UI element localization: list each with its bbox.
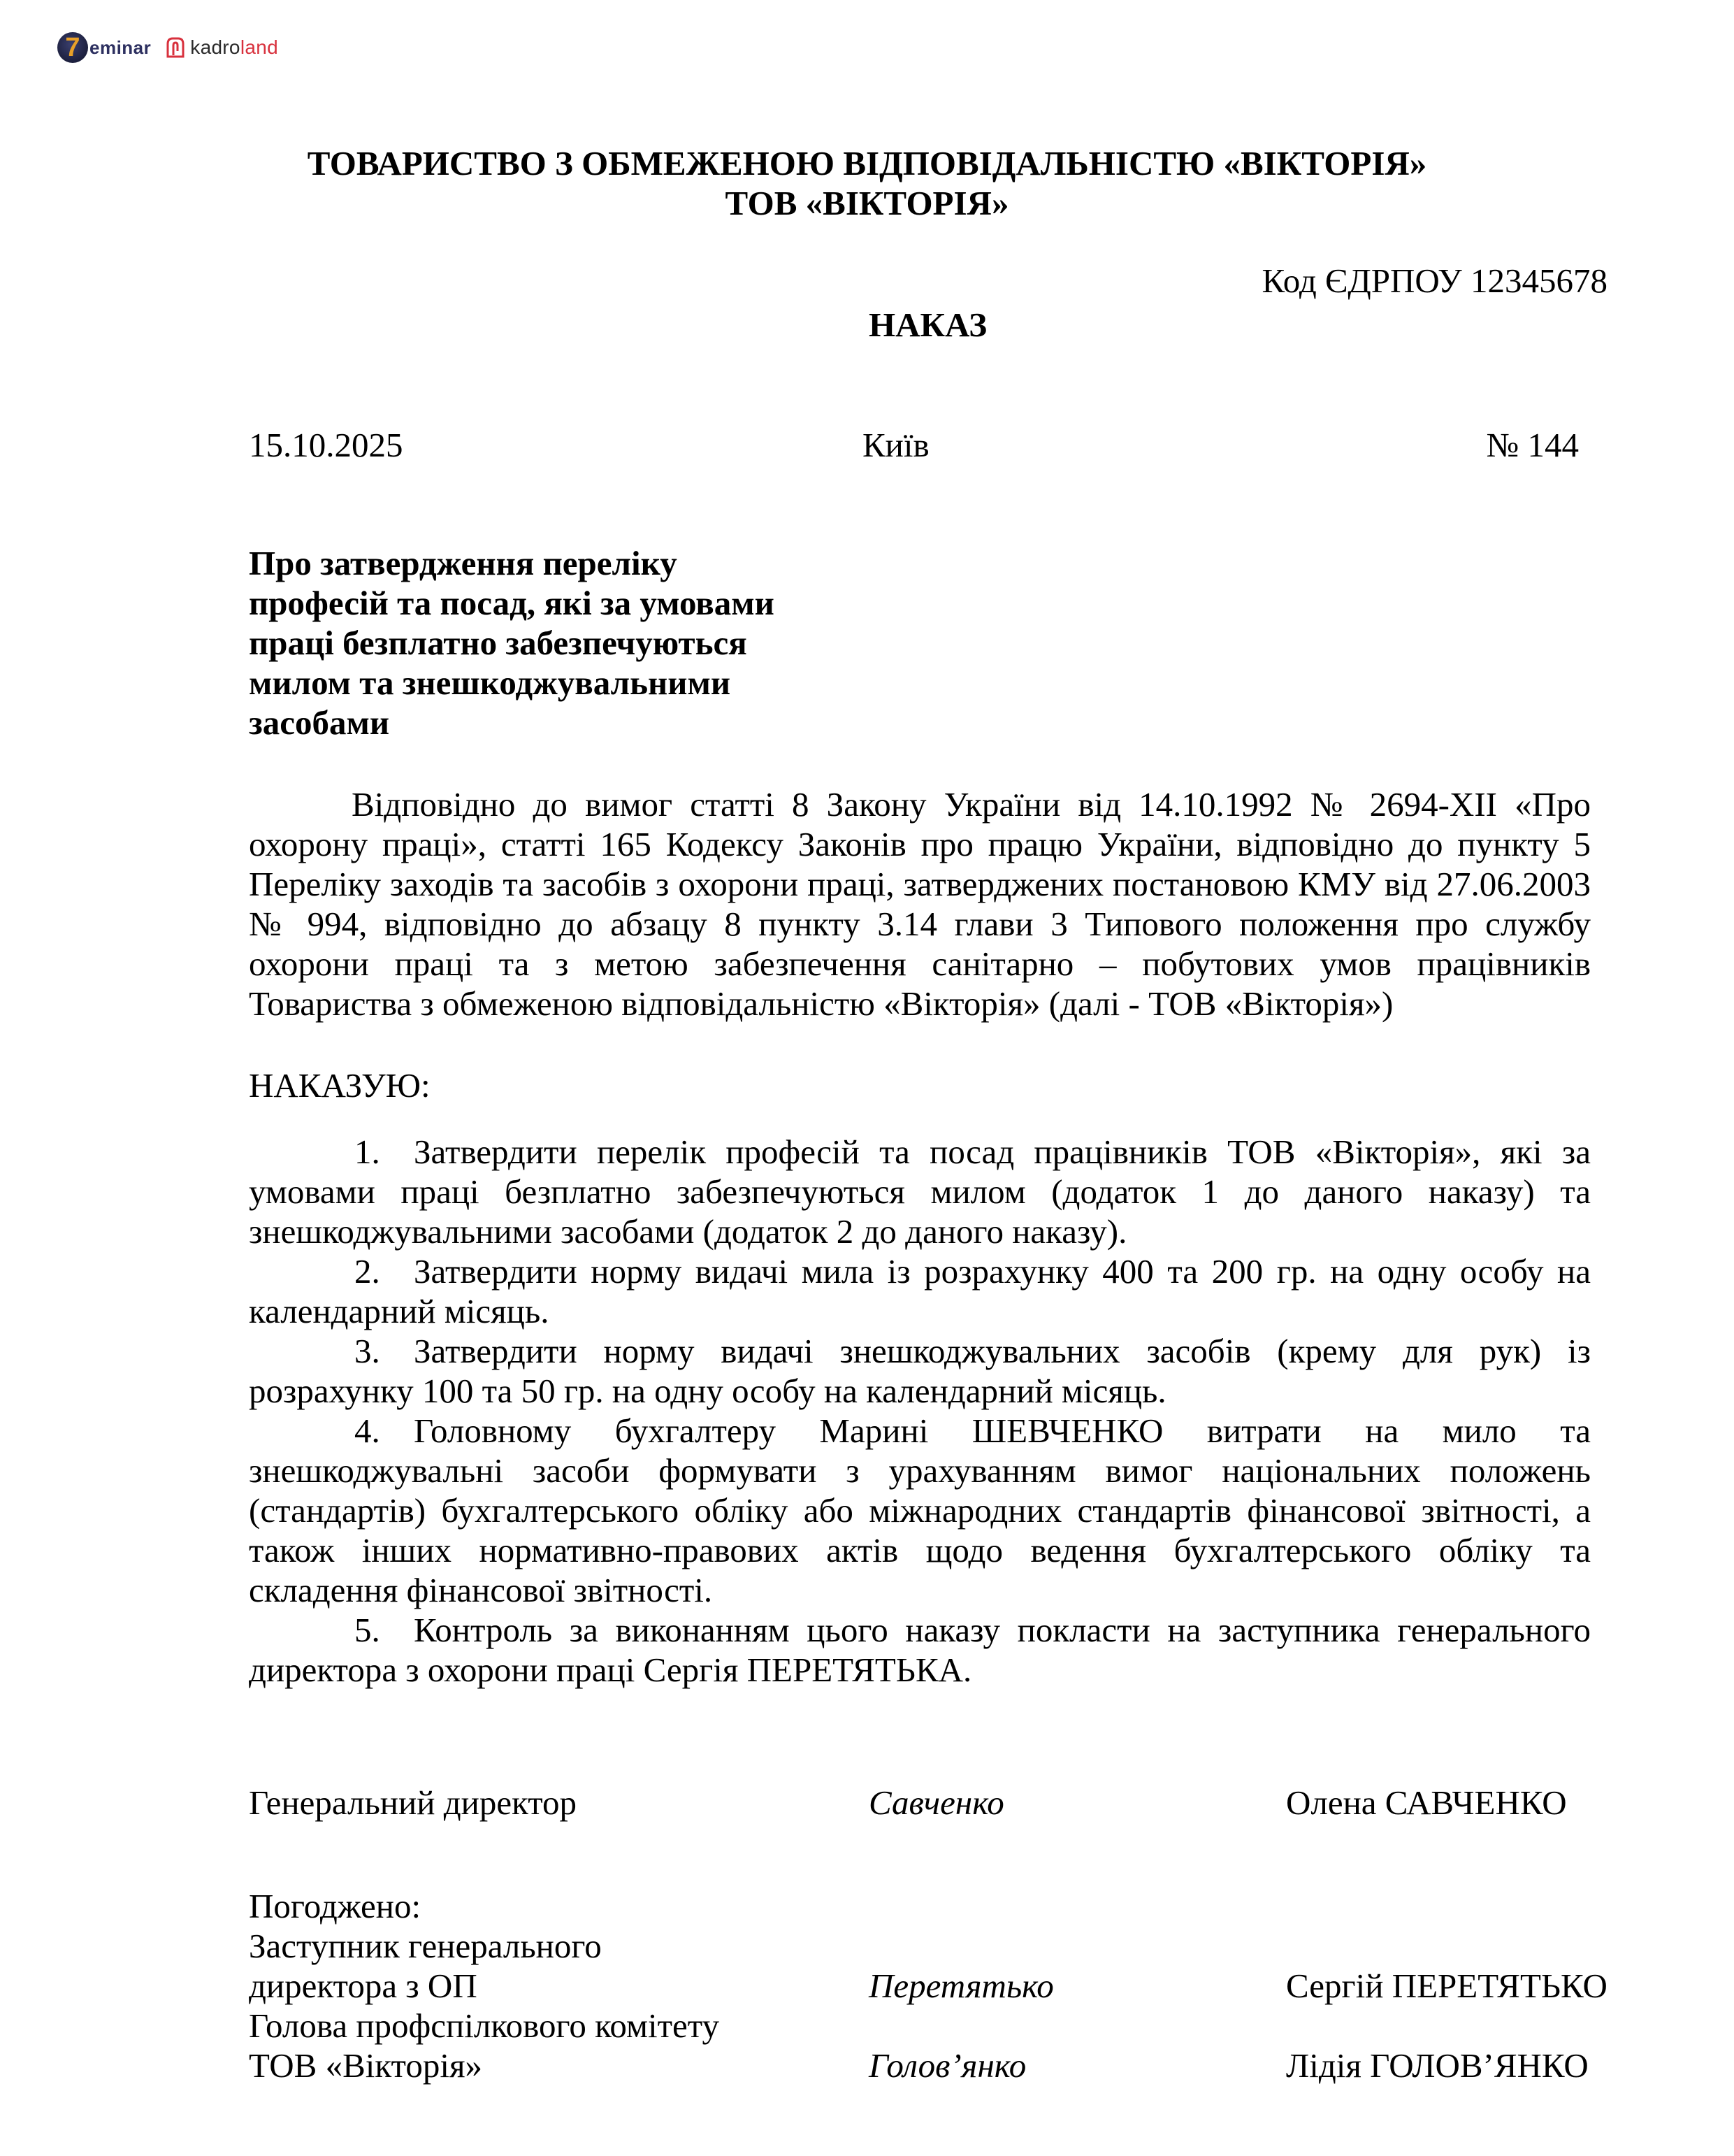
header-logos: 7 eminar kadroland — [57, 32, 278, 63]
order-item: 2.Затвердити норму видачі мила із розрах… — [249, 1251, 1591, 1331]
approver-position-line1: Заступник генерального — [249, 1926, 602, 1966]
order-item: 3.Затвердити норму видачі знешкоджувальн… — [249, 1331, 1591, 1411]
document-subject: Про затвердження переліку професій та по… — [249, 543, 774, 742]
approver-signature: Перетятько — [869, 1966, 1054, 2006]
approver-position-line2: директора з ОП — [249, 1966, 477, 2006]
item-number: 4. — [354, 1411, 414, 1451]
item-text: Затвердити перелік професій та посад пра… — [249, 1133, 1591, 1251]
approved-label: Погоджено: — [249, 1886, 421, 1926]
document-city: Київ — [862, 425, 930, 465]
order-items: 1.Затвердити перелік професій та посад п… — [249, 1132, 1591, 1690]
seminar-badge-icon: 7 — [57, 32, 88, 63]
director-name: Олена САВЧЕНКО — [1286, 1783, 1567, 1823]
subject-line: засобами — [249, 703, 774, 742]
company-short-name: ТОВ «ВІКТОРІЯ» — [0, 183, 1734, 223]
approver-position-line1: Голова профспілкового комітету — [249, 2006, 719, 2046]
approver-name: Сергій ПЕРЕТЯТЬКО — [1286, 1966, 1607, 2006]
seminar-logo: 7 eminar — [57, 32, 151, 63]
item-number: 5. — [354, 1610, 414, 1650]
director-position: Генеральний директор — [249, 1783, 577, 1823]
document-type-title: НАКАЗ — [869, 305, 987, 345]
kadroland-logo-text: kadroland — [190, 36, 278, 59]
item-text: Затвердити норму видачі мила із розрахун… — [249, 1252, 1591, 1330]
edrpou-code: Код ЄДРПОУ 12345678 — [1262, 261, 1608, 301]
preamble-paragraph: Відповідно до вимог статті 8 Закону Укра… — [249, 784, 1591, 1023]
document-number: № 144 — [1486, 425, 1579, 465]
item-text: Затвердити норму видачі знешкоджувальних… — [249, 1332, 1591, 1410]
approver-name: Лідія ГОЛОВ’ЯНКО — [1286, 2046, 1589, 2085]
kadroland-house-icon — [165, 36, 186, 59]
subject-line: Про затвердження переліку — [249, 543, 774, 583]
item-number: 1. — [354, 1132, 414, 1172]
seminar-logo-text: eminar — [89, 37, 151, 59]
subject-line: професій та посад, які за умовами — [249, 583, 774, 623]
document-date: 15.10.2025 — [249, 425, 403, 465]
kadroland-logo: kadroland — [165, 36, 278, 59]
item-number: 3. — [354, 1331, 414, 1371]
director-signature: Савченко — [869, 1783, 1004, 1823]
subject-line: праці безплатно забезпечуються — [249, 623, 774, 663]
order-item: 1.Затвердити перелік професій та посад п… — [249, 1132, 1591, 1251]
approver-position-line2: ТОВ «Вікторія» — [249, 2046, 482, 2085]
item-text: Головному бухгалтеру Марині ШЕВЧЕНКО вит… — [249, 1411, 1591, 1609]
item-number: 2. — [354, 1251, 414, 1291]
approver-row: Голова профспілкового комітету ТОВ «Вікт… — [249, 2006, 1612, 2085]
order-word: НАКАЗУЮ: — [249, 1065, 431, 1105]
order-item: 5.Контроль за виконанням цього наказу по… — [249, 1610, 1591, 1690]
order-item: 4.Головному бухгалтеру Марині ШЕВЧЕНКО в… — [249, 1411, 1591, 1610]
approver-signature: Голов’янко — [869, 2046, 1026, 2085]
company-full-name: ТОВАРИСТВО З ОБМЕЖЕНОЮ ВІДПОВІДАЛЬНІСТЮ … — [0, 143, 1734, 183]
approver-row: Заступник генерального директора з ОП Пе… — [249, 1926, 1612, 2006]
item-text: Контроль за виконанням цього наказу покл… — [249, 1611, 1591, 1689]
subject-line: милом та знешкоджувальними — [249, 663, 774, 703]
